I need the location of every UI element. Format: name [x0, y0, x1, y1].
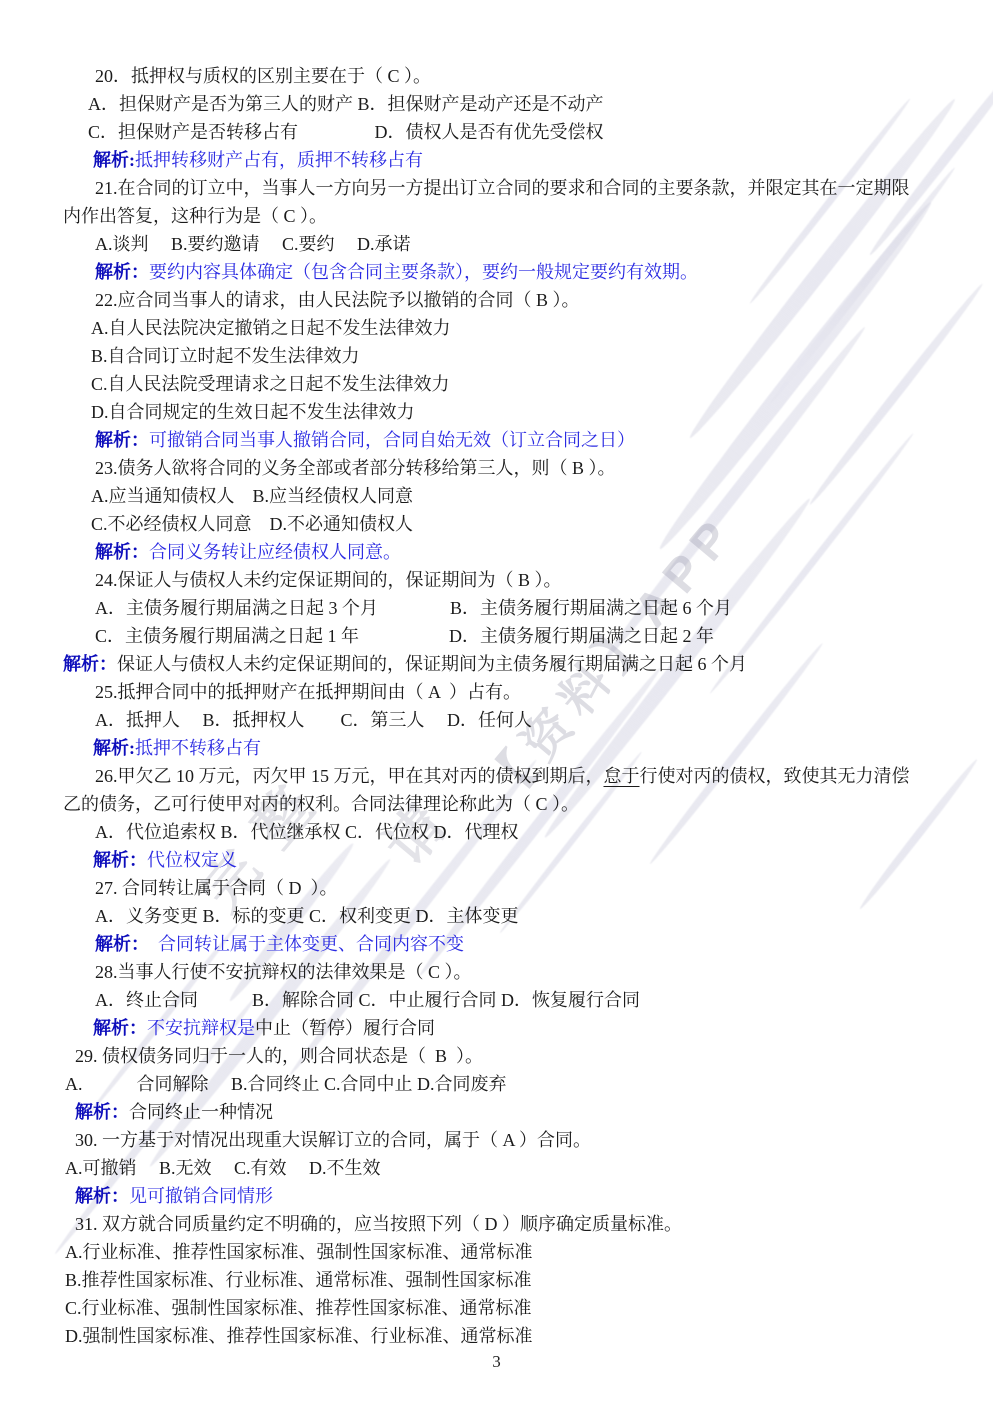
text-segment: 抵押转移财产占有，质押不转移占有: [135, 150, 423, 170]
text-segment: 29. 债权债务同归于一人的，则合同状态是（ B ）。: [75, 1046, 483, 1066]
question-20-stem: 20．抵押权与质权的区别主要在于（ C ）。: [63, 62, 937, 90]
analysis-label: 解析:: [93, 738, 135, 758]
text-segment: 26.甲欠乙 10 万元，丙欠甲 15 万元，甲在其对丙的债权到期后，: [95, 766, 604, 786]
text-segment: A. 合同解除 B.合同终止 C.合同中止 D.合同废弃: [65, 1074, 507, 1094]
question-29-stem: 29. 债权债务同归于一人的，则合同状态是（ B ）。: [63, 1042, 937, 1070]
text-segment: 25.抵押合同中的抵押财产在抵押期间由（ A ）占有。: [95, 682, 521, 702]
text-segment: 28.当事人行使不安抗辩权的法律效果是（ C ）。: [95, 962, 472, 982]
underlined-term: 怠于: [604, 766, 640, 786]
text-segment: 20．抵押权与质权的区别主要在于（ C ）。: [95, 66, 431, 86]
analysis-label: 解析：: [95, 934, 140, 954]
text-segment: 30. 一方基于对情况出现重大误解订立的合同，属于（ A ）合同。: [75, 1130, 591, 1150]
analysis-label: 解析:: [93, 150, 135, 170]
question-31-option-c: C.行业标准、强制性国家标准、推荐性国家标准、通常标准: [63, 1294, 937, 1322]
text-segment: A．义务变更 B．标的变更 C．权利变更 D．主体变更: [95, 906, 519, 926]
text-segment: A．抵押人 B．抵押权人 C．第三人 D．任何人: [95, 710, 532, 730]
text-segment: 乙的债务，乙可行使甲对丙的权利。合同法律理论称此为（ C ）。: [63, 794, 579, 814]
text-segment: 21.在合同的订立中，当事人一方向另一方提出订立合同的要求和合同的主要条款，并限…: [95, 178, 910, 198]
text-segment: 23.债务人欲将合同的义务全部或者部分转移给第三人，则（ B ）。: [95, 458, 616, 478]
text-segment: A.自人民法院决定撤销之日起不发生法律效力: [91, 318, 451, 338]
question-22-option-b: B.自合同订立时起不发生法律效力: [63, 342, 937, 370]
text-segment: C．担保财产是否转移占有 D．债权人是否有优先受偿权: [88, 122, 604, 142]
text-segment: 22.应合同当事人的请求，由人民法院予以撤销的合同（ B ）。: [95, 290, 580, 310]
text-segment: D.自合同规定的生效日起不发生法律效力: [91, 402, 415, 422]
question-28-options: A．终止合同 B．解除合同 C．中止履行合同 D．恢复履行合同: [63, 986, 937, 1014]
analysis-28: 解析：不安抗辩权是中止（暂停）履行合同: [63, 1014, 937, 1042]
question-20-options-cd: C．担保财产是否转移占有 D．债权人是否有优先受偿权: [63, 118, 937, 146]
text-segment: 27. 合同转让属于合同（ D ）。: [95, 878, 338, 898]
question-25-stem: 25.抵押合同中的抵押财产在抵押期间由（ A ）占有。: [63, 678, 937, 706]
question-27-stem: 27. 合同转让属于合同（ D ）。: [63, 874, 937, 902]
text-segment: C．主债务履行期届满之日起 1 年 D．主债务履行期届满之日起 2 年: [95, 626, 714, 646]
question-23-stem: 23.债务人欲将合同的义务全部或者部分转移给第三人，则（ B ）。: [63, 454, 937, 482]
text-segment: B.推荐性国家标准、行业标准、通常标准、强制性国家标准: [65, 1270, 532, 1290]
text-segment: D.强制性国家标准、推荐性国家标准、行业标准、通常标准: [65, 1326, 533, 1346]
text-segment: A.谈判 B.要约邀请 C.要约 D.承诺: [95, 234, 411, 254]
question-25-options: A．抵押人 B．抵押权人 C．第三人 D．任何人: [63, 706, 937, 734]
text-segment: A.应当通知债权人 B.应当经债权人同意: [91, 486, 413, 506]
text-segment: 见可撤销合同情形: [129, 1186, 273, 1206]
question-23-options-ab: A.应当通知债权人 B.应当经债权人同意: [63, 482, 937, 510]
question-24-options-ab: A．主债务履行期届满之日起 3 个月 B．主债务履行期届满之日起 6 个月: [63, 594, 937, 622]
question-31-stem: 31. 双方就合同质量约定不明确的，应当按照下列（ D ）顺序确定质量标准。: [63, 1210, 937, 1238]
text-segment: 代位权定义: [147, 850, 237, 870]
question-20-options-ab: A．担保财产是否为第三人的财产 B．担保财产是动产还是不动产: [63, 90, 937, 118]
analysis-30: 解析：见可撤销合同情形: [63, 1182, 937, 1210]
question-30-options: A.可撤销 B.无效 C.有效 D.不生效: [63, 1154, 937, 1182]
question-24-options-cd: C．主债务履行期届满之日起 1 年 D．主债务履行期届满之日起 2 年: [63, 622, 937, 650]
question-21-stem-2: 内作出答复，这种行为是（ C ）。: [63, 202, 937, 230]
text-segment: 中止（暂停）履行合同: [255, 1018, 435, 1038]
question-26-stem-2: 乙的债务，乙可行使甲对丙的权利。合同法律理论称此为（ C ）。: [63, 790, 937, 818]
question-31-option-b: B.推荐性国家标准、行业标准、通常标准、强制性国家标准: [63, 1266, 937, 1294]
question-26-stem-1: 26.甲欠乙 10 万元，丙欠甲 15 万元，甲在其对丙的债权到期后，怠于行使对…: [63, 762, 937, 790]
question-22-option-c: C.自人民法院受理请求之日起不发生法律效力: [63, 370, 937, 398]
text-segment: 抵押不转移占有: [135, 738, 261, 758]
analysis-label: 解析：: [75, 1186, 129, 1206]
text-segment: A．主债务履行期届满之日起 3 个月 B．主债务履行期届满之日起 6 个月: [95, 598, 732, 618]
text-segment: 不安抗辩权是: [147, 1018, 255, 1038]
analysis-25: 解析:抵押不转移占有: [63, 734, 937, 762]
question-31-option-d: D.强制性国家标准、推荐性国家标准、行业标准、通常标准: [63, 1322, 937, 1350]
text-segment: A.可撤销 B.无效 C.有效 D.不生效: [65, 1158, 381, 1178]
analysis-21: 解析：要约内容具体确定（包含合同主要条款），要约一般规定要约有效期。: [63, 258, 937, 286]
analysis-23: 解析：合同义务转让应经债权人同意。: [63, 538, 937, 566]
question-28-stem: 28.当事人行使不安抗辩权的法律效果是（ C ）。: [63, 958, 937, 986]
analysis-label: 解析：: [93, 850, 147, 870]
analysis-label: 解析：: [75, 1102, 129, 1122]
analysis-29: 解析：合同终止一种情况: [63, 1098, 937, 1126]
document-lines: 20．抵押权与质权的区别主要在于（ C ）。A．担保财产是否为第三人的财产 B．…: [63, 62, 937, 1350]
text-segment: C.行业标准、强制性国家标准、推荐性国家标准、通常标准: [65, 1298, 532, 1318]
text-segment: B.自合同订立时起不发生法律效力: [91, 346, 360, 366]
question-27-options: A．义务变更 B．标的变更 C．权利变更 D．主体变更: [63, 902, 937, 930]
analysis-label: 解析：: [95, 262, 149, 282]
question-21-options: A.谈判 B.要约邀请 C.要约 D.承诺: [63, 230, 937, 258]
page-number: 3: [0, 1352, 993, 1372]
text-segment: C.自人民法院受理请求之日起不发生法律效力: [91, 374, 450, 394]
question-22-option-d: D.自合同规定的生效日起不发生法律效力: [63, 398, 937, 426]
question-22-option-a: A.自人民法院决定撤销之日起不发生法律效力: [63, 314, 937, 342]
text-segment: 合同转让属于主体变更、合同内容不变: [140, 934, 464, 954]
text-segment: 要约内容具体确定（包含合同主要条款），要约一般规定要约有效期。: [149, 262, 698, 282]
analysis-27: 解析： 合同转让属于主体变更、合同内容不变: [63, 930, 937, 958]
analysis-24: 解析：保证人与债权人未约定保证期间的，保证期间为主债务履行期届满之日起 6 个月: [63, 650, 937, 678]
analysis-label: 解析：: [95, 542, 149, 562]
question-23-options-cd: C.不必经债权人同意 D.不必通知债权人: [63, 510, 937, 538]
text-segment: 保证人与债权人未约定保证期间的，保证期间为主债务履行期届满之日起 6 个月: [117, 654, 747, 674]
document-page: 完整 请 【资料】APP 20．抵押权与质权的区别主要在于（ C ）。A．担保财…: [0, 0, 993, 1404]
question-26-options: A．代位追索权 B．代位继承权 C．代位权 D．代理权: [63, 818, 937, 846]
question-22-stem: 22.应合同当事人的请求，由人民法院予以撤销的合同（ B ）。: [63, 286, 937, 314]
text-segment: A．代位追索权 B．代位继承权 C．代位权 D．代理权: [95, 822, 519, 842]
question-29-options: A. 合同解除 B.合同终止 C.合同中止 D.合同废弃: [63, 1070, 937, 1098]
text-segment: 内作出答复，这种行为是（ C ）。: [63, 206, 327, 226]
text-segment: A.行业标准、推荐性国家标准、强制性国家标准、通常标准: [65, 1242, 533, 1262]
analysis-label: 解析：: [93, 1018, 147, 1038]
analysis-label: 解析：: [63, 654, 117, 674]
text-segment: 31. 双方就合同质量约定不明确的，应当按照下列（ D ）顺序确定质量标准。: [75, 1214, 682, 1234]
analysis-20: 解析:抵押转移财产占有，质押不转移占有: [63, 146, 937, 174]
text-segment: A．终止合同 B．解除合同 C．中止履行合同 D．恢复履行合同: [95, 990, 640, 1010]
question-21-stem-1: 21.在合同的订立中，当事人一方向另一方提出订立合同的要求和合同的主要条款，并限…: [63, 174, 937, 202]
text-segment: 可撤销合同当事人撤销合同，合同自始无效（订立合同之日）: [149, 430, 635, 450]
text-segment: 行使对丙的债权，致使其无力清偿: [640, 766, 910, 786]
text-segment: 合同终止一种情况: [129, 1102, 273, 1122]
text-segment: A．担保财产是否为第三人的财产 B．担保财产是动产还是不动产: [88, 94, 604, 114]
text-segment: 24.保证人与债权人未约定保证期间的，保证期间为（ B ）。: [95, 570, 562, 590]
analysis-26: 解析：代位权定义: [63, 846, 937, 874]
question-30-stem: 30. 一方基于对情况出现重大误解订立的合同，属于（ A ）合同。: [63, 1126, 937, 1154]
question-31-option-a: A.行业标准、推荐性国家标准、强制性国家标准、通常标准: [63, 1238, 937, 1266]
analysis-22: 解析：可撤销合同当事人撤销合同，合同自始无效（订立合同之日）: [63, 426, 937, 454]
text-segment: C.不必经债权人同意 D.不必通知债权人: [91, 514, 413, 534]
question-24-stem: 24.保证人与债权人未约定保证期间的，保证期间为（ B ）。: [63, 566, 937, 594]
text-segment: 合同义务转让应经债权人同意。: [149, 542, 401, 562]
analysis-label: 解析：: [95, 430, 149, 450]
